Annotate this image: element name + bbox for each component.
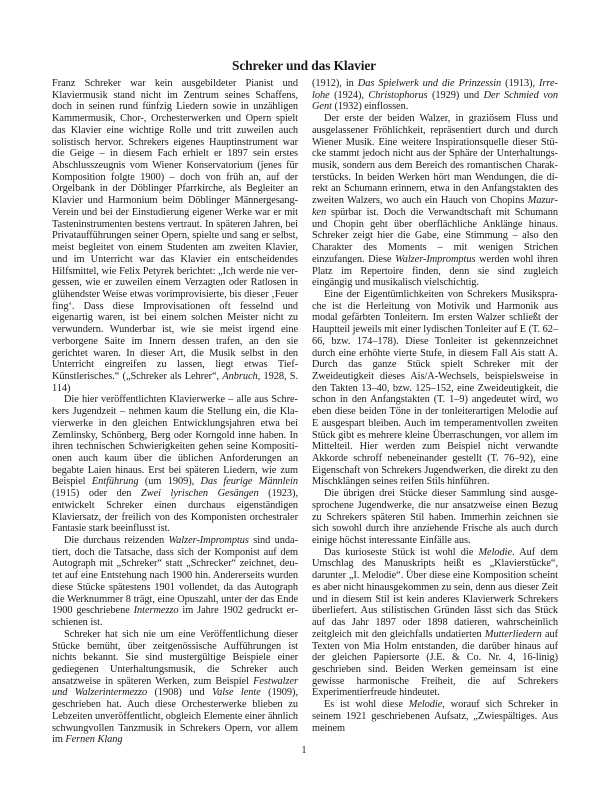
body-text: (1929) und xyxy=(428,90,484,101)
italic-title-text: Walzer-Impromptus xyxy=(169,535,249,546)
italic-title-text: Walzer-Impromptus xyxy=(395,254,475,265)
paragraph: Das kurioseste Stück ist wohl die Melodi… xyxy=(312,547,558,699)
body-text: (1913), xyxy=(501,78,539,89)
body-text: (1932) einflossen. xyxy=(332,101,408,112)
body-text: (1915) oder den xyxy=(52,488,141,499)
paragraph: Die durchaus reizenden Walzer-Impromptus… xyxy=(52,535,298,629)
italic-title-text: Fernen Klang xyxy=(65,734,122,745)
paragraph: Schreker hat sich nie um eine Veröffentl… xyxy=(52,629,298,746)
body-text: Die durchaus reizenden xyxy=(64,535,169,546)
paragraph: Eine der Eigentümlichkeiten von Schreker… xyxy=(312,289,558,488)
body-text: (1924), xyxy=(330,90,369,101)
body-text: . Auf dem Um­schlag des Manuskripts heiß… xyxy=(312,547,558,640)
paragraph: Die hier veröffentlichten Klavierwerke –… xyxy=(52,394,298,535)
body-text: Eine der Eigentümlichkeiten von Schreker… xyxy=(312,289,558,488)
left-column: Franz Schreker war kein ausgebildeter Pi… xyxy=(52,78,298,746)
paragraph: Franz Schreker war kein ausgebildeter Pi… xyxy=(52,78,298,394)
body-text: (1912), in xyxy=(312,78,358,89)
paragraph: (1912), in Das Spielwerk und die Prinzes… xyxy=(312,78,558,113)
body-text: Es ist wohl diese xyxy=(324,699,409,710)
paragraph: Es ist wohl diese Melodie, worauf sich S… xyxy=(312,699,558,734)
body-text: (1908) und xyxy=(147,687,212,698)
italic-title-text: Melodie xyxy=(409,699,443,710)
right-column: (1912), in Das Spielwerk und die Prinzes… xyxy=(312,78,558,746)
italic-title-text: Zwei lyrischen Gesängen xyxy=(141,488,259,499)
body-text: Der erste der beiden Walzer, in graziöse… xyxy=(312,113,558,206)
body-text: Das kurioseste Stück ist wohl die xyxy=(324,547,478,558)
body-text: Franz Schreker war kein ausgebildeter Pi… xyxy=(52,78,298,382)
page-number: 1 xyxy=(0,745,608,757)
body-text: (um 1909), xyxy=(139,476,201,487)
page-title: Schreker und das Klavier xyxy=(0,58,608,74)
italic-title-text: Das Spielwerk und die Prinzessin xyxy=(358,78,501,89)
italic-title-text: Das feurige Männlein xyxy=(201,476,298,487)
body-columns: Franz Schreker war kein ausgebildeter Pi… xyxy=(52,78,558,746)
paragraph: Die übrigen drei Stücke dieser Sammlung … xyxy=(312,488,558,547)
body-text: Die übrigen drei Stücke dieser Sammlung … xyxy=(312,488,558,546)
italic-title-text: Melodie xyxy=(478,547,512,558)
italic-title-text: Intermezzo xyxy=(134,605,179,616)
body-text: Die hier veröffentlichten Klavierwerke –… xyxy=(52,394,298,487)
italic-title-text: Valse lente xyxy=(212,687,261,698)
italic-title-text: An­bruch xyxy=(222,371,257,382)
italic-title-text: Mutterliedern xyxy=(485,629,542,640)
body-text: sind unda­tiert, doch die Tatsache, dass… xyxy=(52,535,298,616)
paragraph: Der erste der beiden Walzer, in graziöse… xyxy=(312,113,558,289)
italic-title-text: Entführung xyxy=(92,476,139,487)
italic-title-text: Christophorus xyxy=(368,90,427,101)
